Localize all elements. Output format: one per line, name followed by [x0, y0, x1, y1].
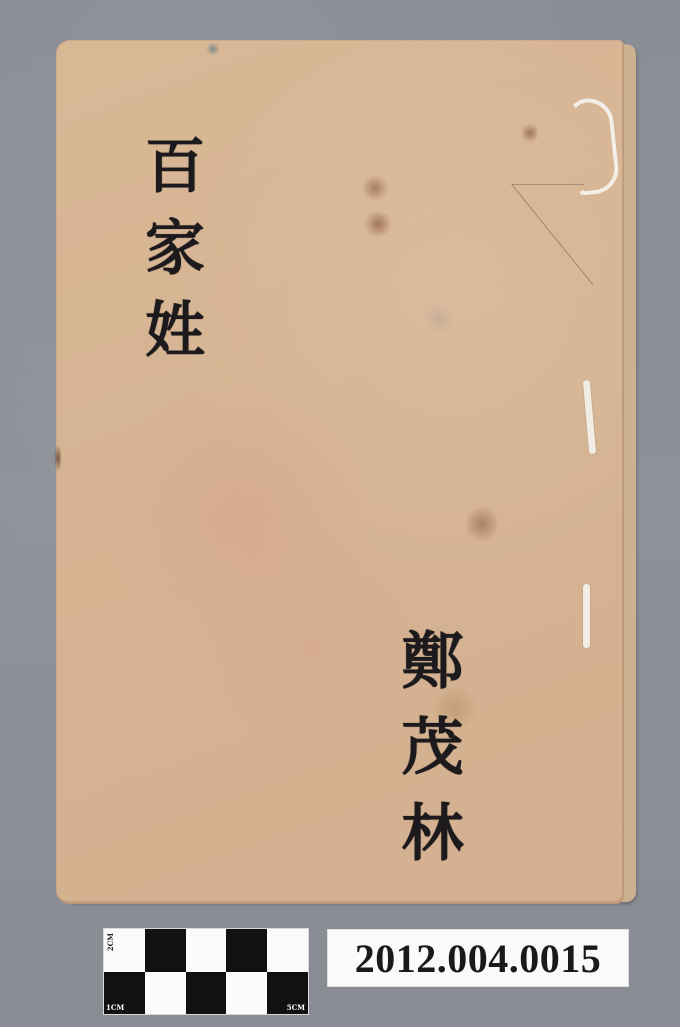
scale-label-5cm: 5CM: [287, 1003, 305, 1012]
owner-name: 鄭茂林: [396, 628, 458, 886]
book-cover: 百家姓 鄭茂林: [56, 40, 624, 904]
scale-cell-black: 1CM: [104, 972, 145, 1015]
scale-cell-white: 2CM: [104, 929, 145, 972]
scale-cell-black: [145, 929, 186, 972]
dark-mark: [54, 444, 62, 472]
scale-cell-white: [267, 929, 308, 972]
brown-stain: [466, 504, 498, 544]
brown-stain: [362, 212, 394, 236]
accession-number-label: 2012.004.0015: [328, 930, 628, 986]
brown-stain: [522, 122, 538, 144]
color-scale-bar: 2CM 1CM 5CM: [104, 929, 308, 1014]
accession-number: 2012.004.0015: [355, 935, 602, 982]
blue-ink-spot: [206, 42, 220, 56]
binding-stitch: [583, 584, 590, 648]
book-title: 百家姓: [140, 134, 200, 380]
scale-cell-white: [145, 972, 186, 1015]
scale-cell-black: 5CM: [267, 972, 308, 1015]
scale-label-1cm: 1CM: [106, 1003, 124, 1012]
corner-fold-line: [512, 184, 584, 185]
brown-stain: [360, 176, 390, 200]
scale-cell-black: [186, 972, 227, 1015]
scale-cell-white: [186, 929, 227, 972]
faint-stain: [424, 304, 454, 334]
scale-cell-black: [226, 929, 267, 972]
scale-cell-white: [226, 972, 267, 1015]
scale-label-2cm: 2CM: [106, 933, 115, 951]
